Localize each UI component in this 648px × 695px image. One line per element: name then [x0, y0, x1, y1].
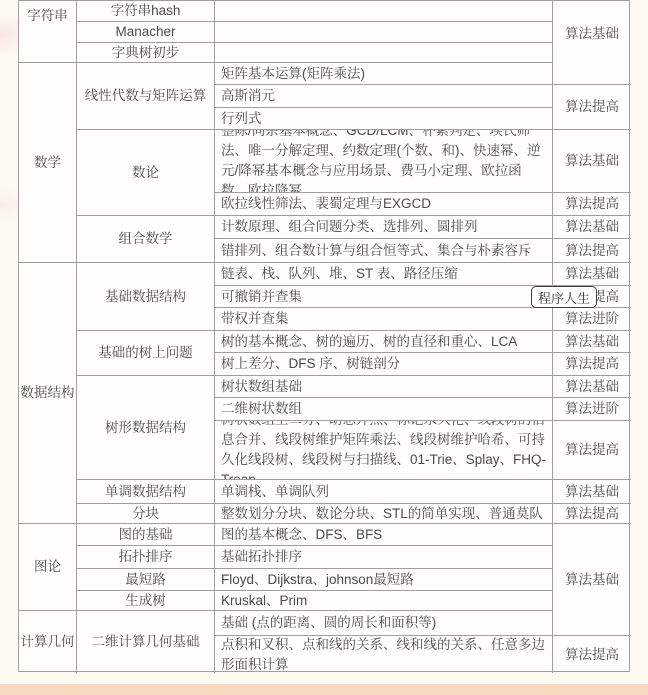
topic-cell — [215, 22, 553, 43]
topic-cell: 整数划分分块、数论分块、STL的简单实现、普通莫队 — [215, 504, 553, 524]
subcategory-cell: 数论 — [77, 130, 215, 216]
topic-cell: 错排列、组合数计算与组合恒等式、集合与朴素容斥 — [215, 239, 553, 263]
topic-cell: 图的基本概念、DFS、BFS — [215, 524, 553, 546]
topic-cell: 带权并查集 — [215, 308, 553, 331]
topic-cell — [215, 1, 553, 22]
subcategory-cell: 基础数据结构 — [77, 263, 215, 331]
learning-path-table: 字符串 数学 数据结构 图论 计算几何 字符串hash Manacher 字典树… — [18, 0, 630, 672]
topic-cell: 链表、栈、队列、堆、ST 表、路径压缩 — [215, 263, 553, 286]
topic-cell: 基础拓扑排序 — [215, 546, 553, 569]
subcategory-cell: 拓扑排序 — [77, 546, 215, 569]
bottom-strip — [0, 684, 648, 695]
level-cell: 算法基础 — [553, 216, 631, 239]
category-cell: 字符串 — [19, 1, 77, 63]
level-cell: 算法提高 — [553, 353, 631, 376]
topic-cell: Kruskal、Prim — [215, 591, 553, 611]
topic-cell: 单调栈、单调队列 — [215, 480, 553, 504]
topic-cell: 树状数组基础 — [215, 376, 553, 398]
subcategory-cell: 树形数据结构 — [77, 376, 215, 480]
subcategory-cell: 基础的树上问题 — [77, 331, 215, 376]
topic-cell: 二维树状数组 — [215, 398, 553, 421]
category-cell: 计算几何 — [19, 611, 77, 673]
subcategory-cell: 线性代数与矩阵运算 — [77, 63, 215, 130]
subcategory-cell: 最短路 — [77, 569, 215, 591]
category-cell: 数据结构 — [19, 263, 77, 524]
subcategory-cell: 字典树初步 — [77, 43, 215, 63]
subcategory-cell: 组合数学 — [77, 216, 215, 263]
level-cell: 算法提高 — [553, 504, 631, 524]
topic-cell: 树状数组上二分、动态开点、标记永久化、线段树的信息合并、线段树维护矩阵乘法、线段… — [215, 421, 553, 480]
level-cell: 算法进阶 — [553, 398, 631, 421]
topic-cell: 树的基本概念、树的遍历、树的直径和重心、LCA — [215, 331, 553, 353]
level-cell: 算法提高 — [553, 193, 631, 216]
topic-cell — [215, 43, 553, 63]
subcategory-cell: 分块 — [77, 504, 215, 524]
subcategory-cell: Manacher — [77, 22, 215, 43]
subcategory-cell: 生成树 — [77, 591, 215, 611]
topic-cell: 点积和叉积、点和线的关系、线和线的关系、任意多边形面积计算 — [215, 636, 553, 673]
level-cell: 算法提高 — [553, 421, 631, 480]
topic-cell: 树上差分、DFS 序、树链剖分 — [215, 353, 553, 376]
level-cell: 算法基础 — [553, 376, 631, 398]
level-cell: 算法基础 — [553, 130, 631, 193]
level-cell: 算法基础 — [553, 263, 631, 286]
level-cell: 算法提高 — [553, 85, 631, 130]
level-cell: 算法基础 — [553, 480, 631, 504]
topic-cell: 计数原理、组合问题分类、选排列、圆排列 — [215, 216, 553, 239]
subcategory-cell: 字符串hash — [77, 1, 215, 22]
watermark-badge: 程序人生 — [531, 286, 597, 308]
level-cell: 算法提高 — [553, 636, 631, 673]
topic-cell: 基础 (点的距离、圆的周长和面积等) — [215, 611, 553, 636]
topic-cell: 高斯消元 — [215, 85, 553, 108]
subcategory-cell: 图的基础 — [77, 524, 215, 546]
level-cell: 算法提高 — [553, 239, 631, 263]
subcategory-cell: 单调数据结构 — [77, 480, 215, 504]
topic-cell: 可撤销并查集 — [215, 286, 553, 308]
level-cell: 算法基础 — [553, 524, 631, 636]
topic-cell: 欧拉线性筛法、裴蜀定理与EXGCD — [215, 193, 553, 216]
topic-cell: 行列式 — [215, 108, 553, 130]
category-cell: 数学 — [19, 63, 77, 263]
topic-cell: Floyd、Dijkstra、johnson最短路 — [215, 569, 553, 591]
page-background: 字符串 数学 数据结构 图论 计算几何 字符串hash Manacher 字典树… — [0, 0, 648, 695]
topic-cell: 整除/同余基本概念、GCD/LCM、朴素判定、埃氏筛法、唯一分解定理、约数定理(… — [215, 130, 553, 193]
level-cell: 算法进阶 — [553, 308, 631, 331]
category-cell: 图论 — [19, 524, 77, 611]
topic-cell: 矩阵基本运算(矩阵乘法) — [215, 63, 553, 85]
level-cell: 算法基础 — [553, 331, 631, 353]
subcategory-cell: 二维计算几何基础 — [77, 611, 215, 673]
level-cell: 算法基础 — [553, 1, 631, 85]
